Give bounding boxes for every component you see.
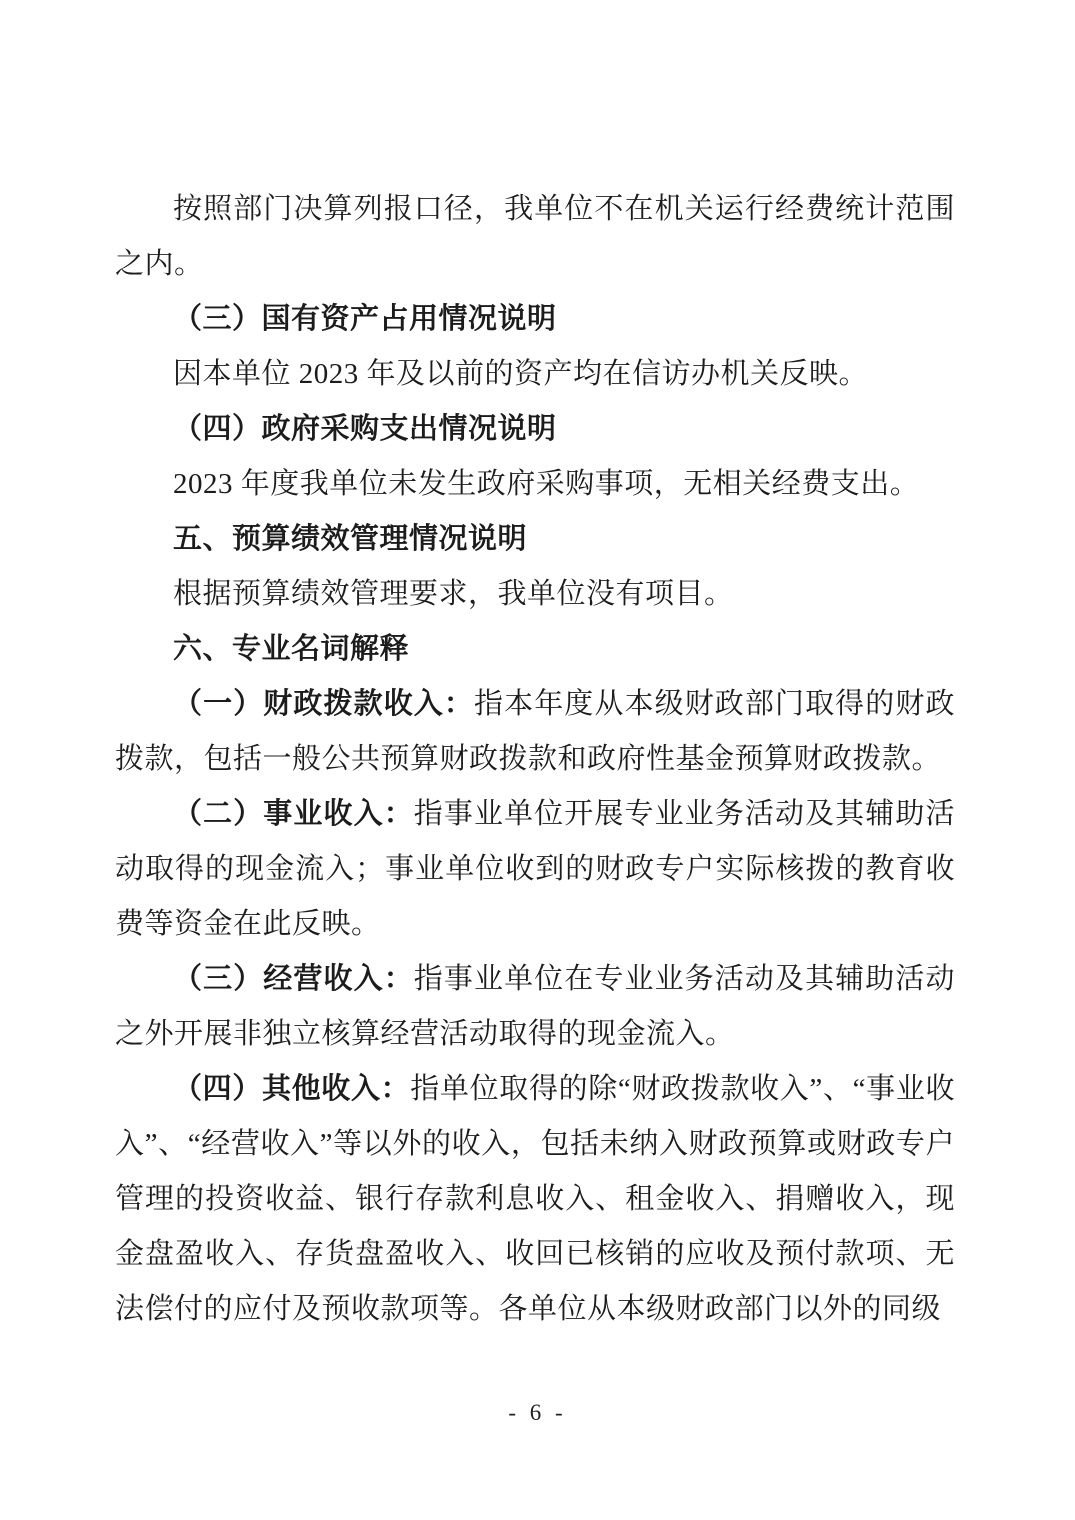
page-number: - 6 - [508,1400,566,1425]
document-content: 按照部门决算列报口径，我单位不在机关运行经费统计范围之内。（三）国有资产占用情况… [115,182,955,1337]
paragraph-body-2: 因本单位 2023 年及以前的资产均在信访办机关反映。 [115,347,955,402]
term-lead: （四）其他收入： [173,1073,410,1105]
paragraph-body-6: 根据预算绩效管理要求，我单位没有项目。 [115,567,955,622]
page-footer: - 6 - [0,1398,1075,1428]
term-lead: （一）财政拨款收入： [173,688,474,720]
paragraph-term-10: （三）经营收入：指事业单位在专业业务活动及其辅助活动之外开展非独立核算经营活动取… [115,952,955,1062]
paragraph-term-8: （一）财政拨款收入：指本年度从本级财政部门取得的财政拨款，包括一般公共预算财政拨… [115,677,955,787]
paragraph-subheading-3: （四）政府采购支出情况说明 [115,402,955,457]
paragraph-term-11: （四）其他收入：指单位取得的除“财政拨款收入”、“事业收入”、“经营收入”等以外… [115,1062,955,1337]
paragraph-term-9: （二）事业收入：指事业单位开展专业业务活动及其辅助活动取得的现金流入；事业单位收… [115,787,955,952]
term-definition: 指单位取得的除“财政拨款收入”、“事业收入”、“经营收入”等以外的收入，包括未纳… [115,1073,955,1325]
term-lead: （三）经营收入： [173,963,414,995]
document-page: 按照部门决算列报口径，我单位不在机关运行经费统计范围之内。（三）国有资产占用情况… [0,0,1075,1520]
paragraph-heading-5: 五、预算绩效管理情况说明 [115,512,955,567]
paragraph-heading-7: 六、专业名词解释 [115,622,955,677]
term-lead: （二）事业收入： [173,798,414,830]
paragraph-body-0: 按照部门决算列报口径，我单位不在机关运行经费统计范围之内。 [115,182,955,292]
paragraph-body-4: 2023 年度我单位未发生政府采购事项，无相关经费支出。 [115,457,955,512]
paragraph-subheading-1: （三）国有资产占用情况说明 [115,292,955,347]
